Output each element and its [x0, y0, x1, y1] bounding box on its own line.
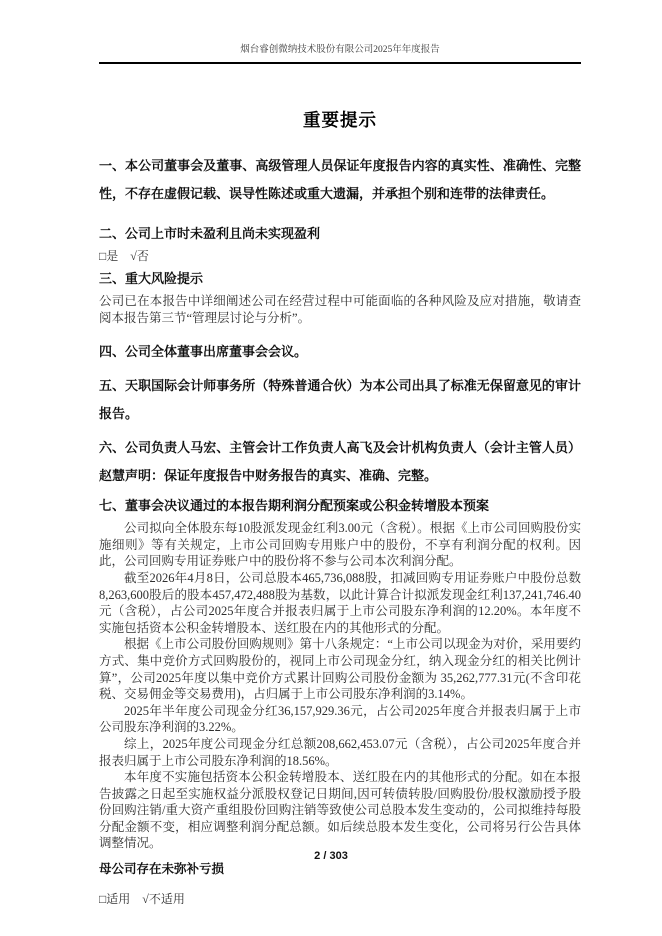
- section-6-heading: 六、公司负责人马宏、主管会计工作负责人高飞及会计机构负责人（会计主管人员）赵慧声…: [99, 434, 581, 490]
- dividend-paragraph-6: 本年度不实施包括资本公积金转增股本、送红股在内的其他形式的分配。如在本报告披露之…: [99, 769, 581, 852]
- applicability-checkbox: □适用 √不适用: [99, 891, 581, 908]
- page-title: 重要提示: [99, 108, 581, 132]
- listed-unprofitable-checkbox: □是 √否: [99, 248, 581, 265]
- document-page: 烟台睿创微纳技术股份有限公司2025年年度报告 重要提示 一、本公司董事会及董事…: [99, 0, 581, 908]
- section-3-heading: 三、重大风险提示: [99, 265, 581, 293]
- section-5-heading: 五、天职国际会计师事务所（特殊普通合伙）为本公司出具了标准无保留意见的审计报告。: [99, 372, 581, 428]
- dividend-paragraph-5: 综上，2025年度公司现金分红总额208,662,453.07元（含税），占公司…: [99, 736, 581, 769]
- risk-notice-body: 公司已在本报告中详细阐述公司在经营过程中可能面临的各种风险及应对措施，敬请查阅本…: [99, 293, 581, 326]
- dividend-paragraph-1: 公司拟向全体股东每10股派发现金红利3.00元（含税）。根据《上市公司回购股份实…: [99, 520, 581, 570]
- section-7-heading: 七、董事会决议通过的本报告期利润分配预案或公积金转增股本预案: [99, 492, 581, 520]
- page-number: 2 / 303: [0, 850, 662, 862]
- dividend-paragraph-2: 截至2026年4月8日，公司总股本465,736,088股，扣减回购专用证券账户…: [99, 570, 581, 636]
- section-4-heading: 四、公司全体董事出席董事会会议。: [99, 338, 581, 366]
- dividend-paragraph-3: 根据《上市公司股份回购规则》第十八条规定：“上市公司以现金为对价，采用要约方式、…: [99, 636, 581, 702]
- dividend-paragraph-4: 2025年半年度公司现金分红36,157,929.36元，占公司2025年度合并…: [99, 703, 581, 736]
- section-1-heading: 一、本公司董事会及董事、高级管理人员保证年度报告内容的真实性、准确性、完整性，不…: [99, 152, 581, 208]
- parent-company-loss-heading: 母公司存在未弥补亏损: [99, 861, 581, 878]
- section-2-heading: 二、公司上市时未盈利且尚未实现盈利: [99, 220, 581, 248]
- report-header: 烟台睿创微纳技术股份有限公司2025年年度报告: [99, 44, 581, 64]
